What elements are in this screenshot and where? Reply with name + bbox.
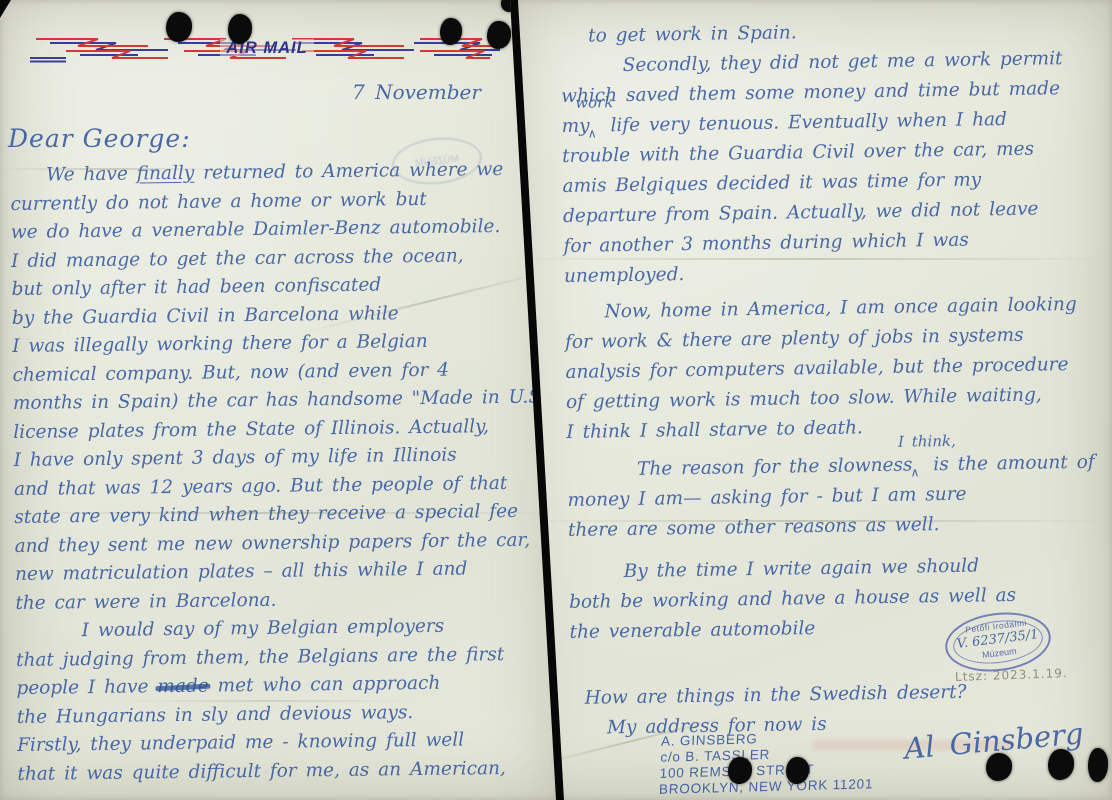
letter-line: new matriculation plates – all this whil… xyxy=(15,555,515,590)
punch-hole xyxy=(501,0,519,12)
letter-line: that it was quite difficult for me, as a… xyxy=(17,754,517,789)
struck-word: made xyxy=(157,676,209,698)
insertion-mark: I think,∧ xyxy=(912,452,924,471)
punch-hole xyxy=(1088,748,1108,782)
letter-date: 7 November xyxy=(352,80,481,104)
punch-hole xyxy=(1048,749,1074,780)
letter-body-page-1: We have finally returned to America wher… xyxy=(10,156,518,789)
letter-line: that judging from them, the Belgians are… xyxy=(16,640,516,675)
caret-icon: ∧ xyxy=(910,457,919,487)
line-text: returned to America where we xyxy=(194,159,503,184)
address-block: A. GINSBERG c/o B. TASSLER 100 REMSEN ST… xyxy=(659,728,876,798)
line-text: people I have xyxy=(16,676,157,699)
inserted-word: I think, xyxy=(898,426,956,457)
salutation: Dear George: xyxy=(8,124,191,153)
inserted-word: work xyxy=(575,87,614,118)
air-mail-banner: AIR MAIL xyxy=(26,30,508,68)
line-text: The reason for the slowness xyxy=(637,455,913,480)
underlined-word: finally xyxy=(137,163,195,185)
letter-line: We have finally returned to America wher… xyxy=(10,156,510,191)
line-text: life very tenuous. Eventually when I had xyxy=(601,109,1007,136)
punch-hole xyxy=(986,753,1012,781)
caret-icon: ∧ xyxy=(588,118,597,148)
insertion-mark: work∧ xyxy=(589,113,601,132)
line-text: my xyxy=(561,116,589,137)
letter-page-2: to get work in Spain. Secondly, they did… xyxy=(512,0,1112,800)
letter-line: I did manage to get the car across the o… xyxy=(11,241,511,276)
letter-page-1: AIR MAIL MÚZEUM 7 November Dear George: … xyxy=(0,0,558,800)
line-text: met who can approach xyxy=(209,673,441,697)
line-text: We have xyxy=(46,163,137,185)
